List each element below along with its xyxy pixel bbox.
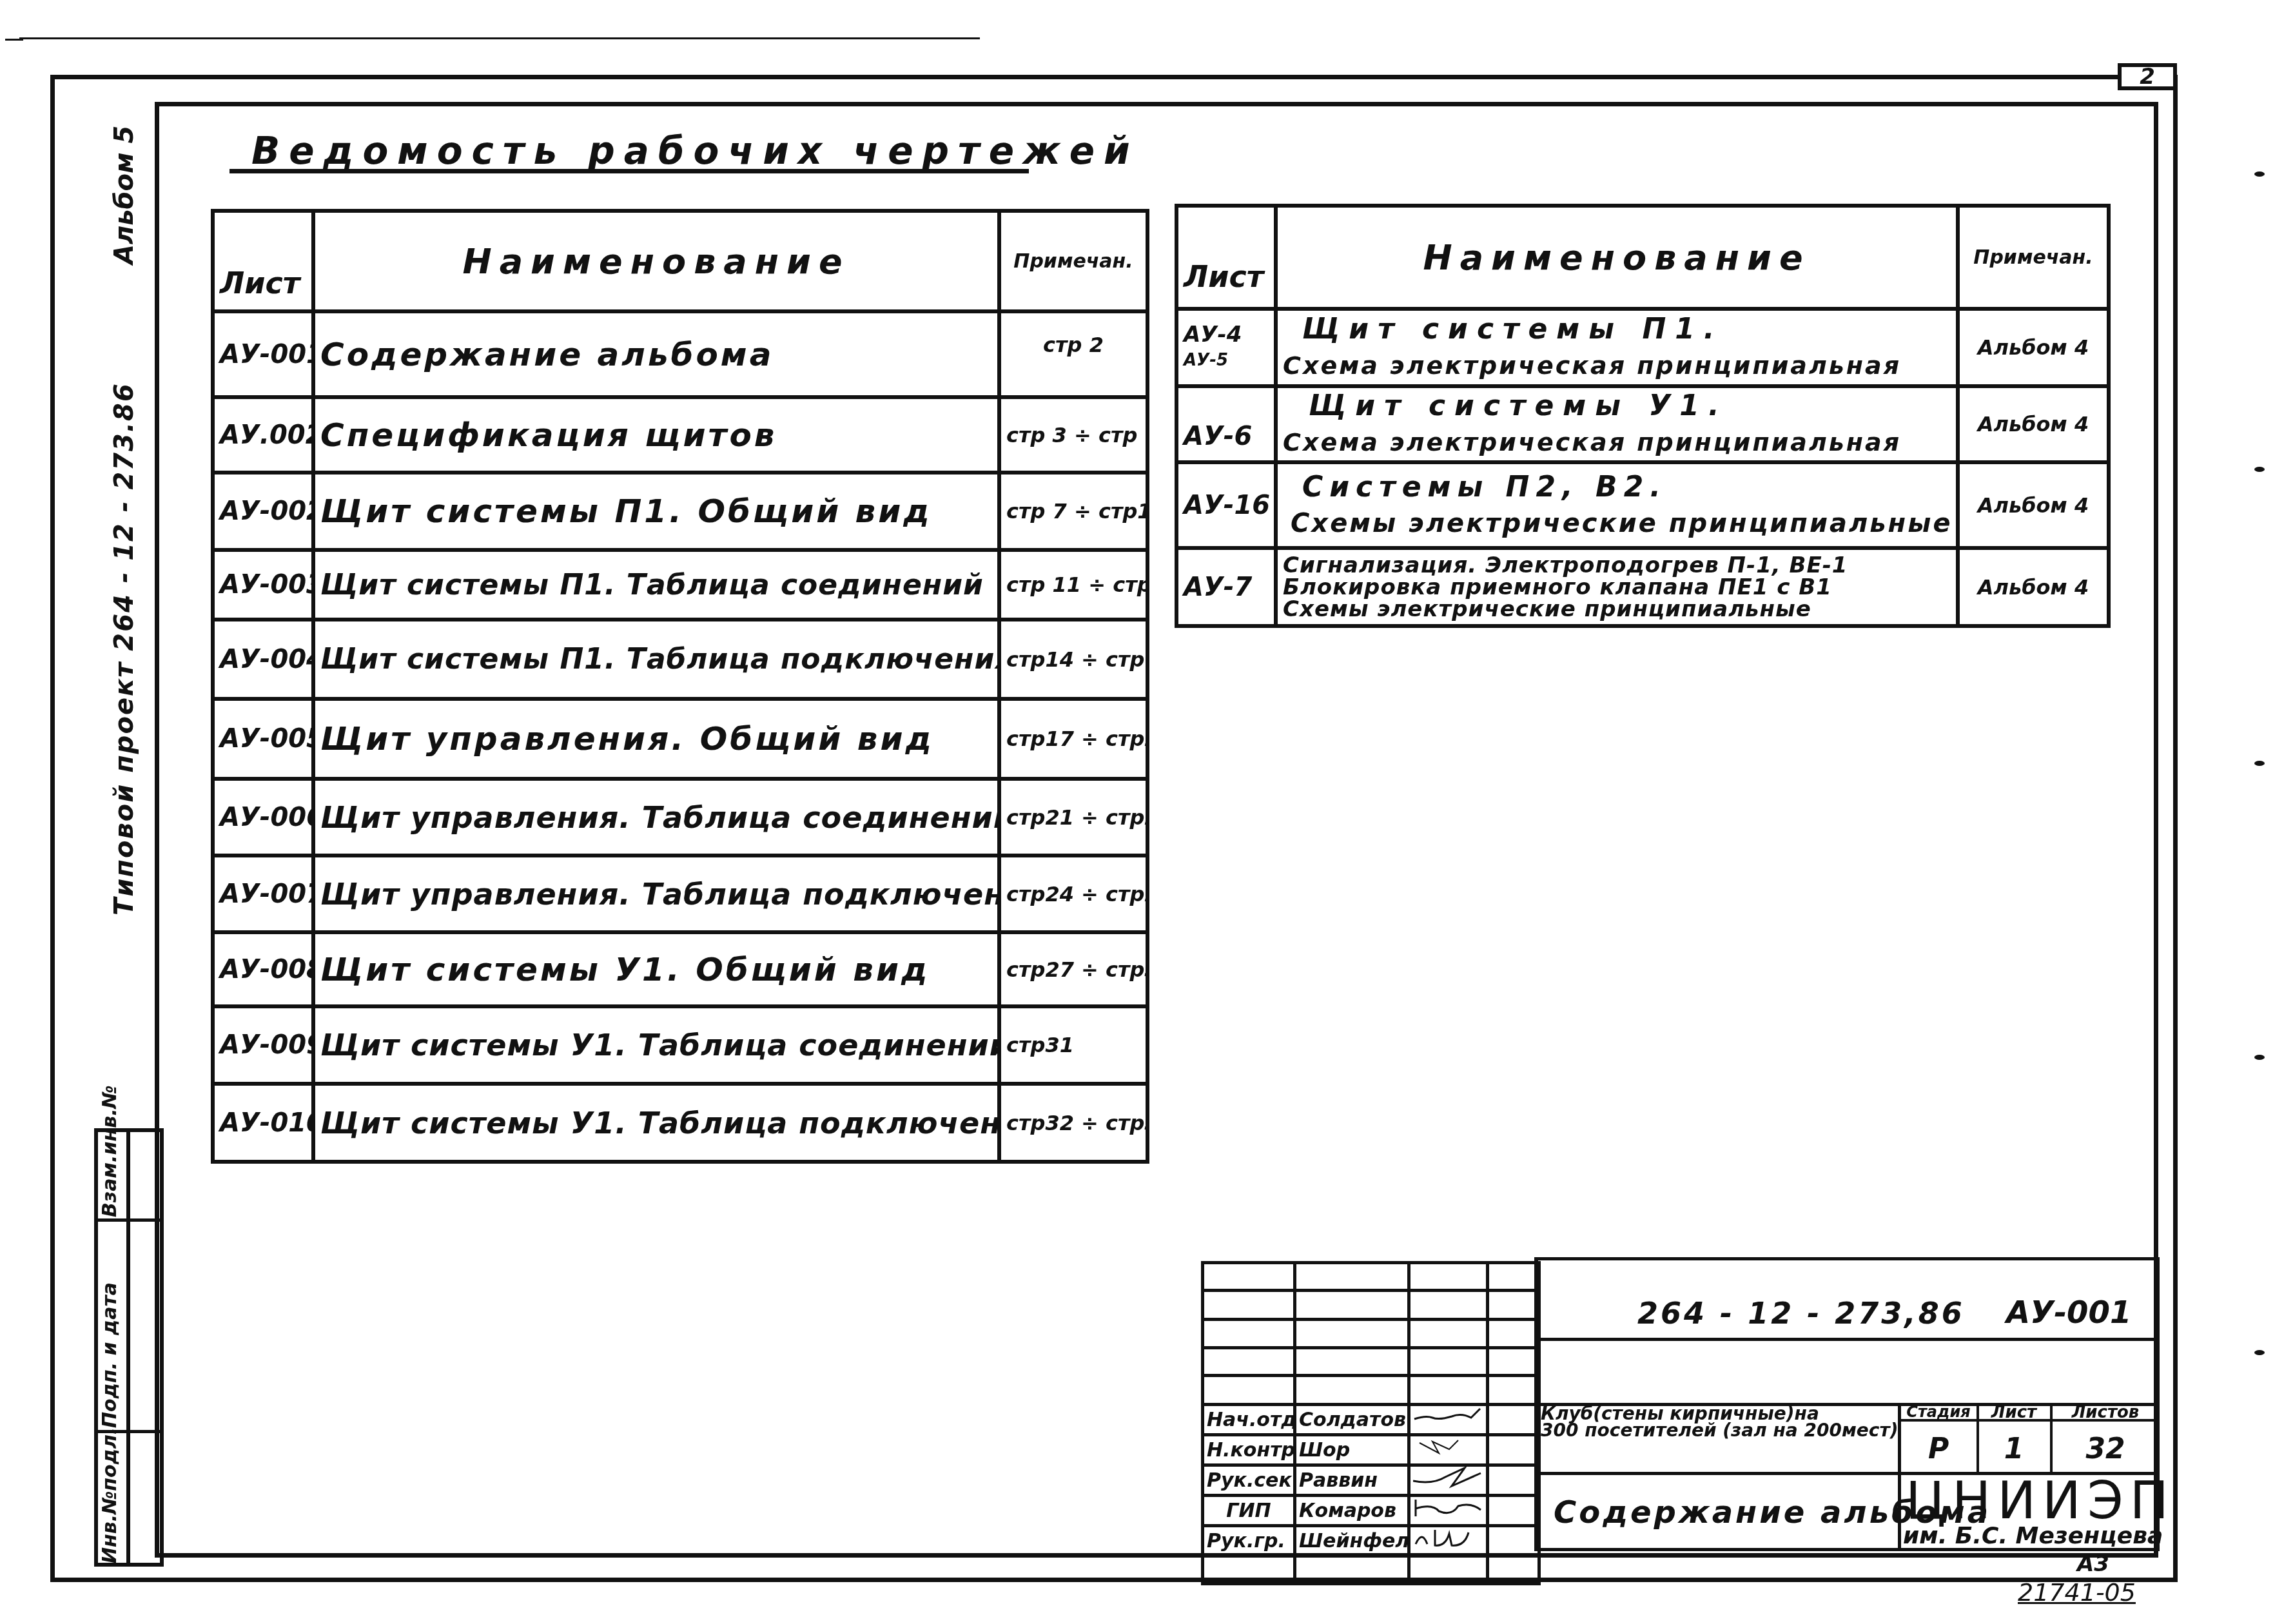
signature-role: Рук.гр. xyxy=(1203,1526,1295,1556)
signature-name: Комаров xyxy=(1295,1496,1409,1526)
punch-dot xyxy=(2254,761,2265,766)
signature-name: Шор xyxy=(1295,1435,1409,1465)
stamp-inv-no: Инв.№подл. xyxy=(99,1427,121,1563)
row-note: Альбом 4 xyxy=(1958,462,2109,548)
row-note: стр14 ÷ стр16 xyxy=(999,620,1147,699)
signature-row: ГИП Комаров xyxy=(1203,1496,1539,1526)
row-sheet: АУ-007 xyxy=(213,856,313,932)
row-note: Альбом 4 xyxy=(1958,309,2109,386)
punch-dot xyxy=(2254,1350,2265,1355)
row-name: Сигнализация. Электроподогрев П-1, ВЕ-1 … xyxy=(1276,548,1958,626)
table-row: АУ-010 Щит системы У1. Таблица подключен… xyxy=(213,1084,1147,1162)
row-note: стр21 ÷ стр23 xyxy=(999,779,1147,856)
inventory-number: 21741-05 xyxy=(2018,1578,2136,1607)
header-name: Наименование xyxy=(313,211,999,311)
punch-dot xyxy=(2254,1055,2265,1060)
row-sheet: АУ-7 xyxy=(1176,548,1276,626)
table-row: АУ-005 Щит управления. Общий вид стр17 ÷… xyxy=(213,699,1147,779)
stamp-row-line xyxy=(94,1218,164,1222)
org-subtitle: им. Б.С. Мезенцева xyxy=(1903,1523,2158,1549)
header-note: Примечан. xyxy=(1958,206,2109,309)
row-name-line1: Сигнализация. Электроподогрев П-1, ВЕ-1 xyxy=(1283,554,1951,576)
row-note: стр24 ÷ стр26 xyxy=(999,856,1147,932)
row-name: Щит системы У1. Таблица соединений xyxy=(313,1006,999,1084)
table-header: Лист Наименование Примечан. xyxy=(1176,206,2109,309)
table-row: АУ-7 Сигнализация. Электроподогрев П-1, … xyxy=(1176,548,2109,626)
row-name: Щит системы П1. Общий вид xyxy=(313,473,999,550)
sheet-label: Лист xyxy=(1980,1403,2047,1422)
table-row: АУ-008 Щит системы У1. Общий вид стр27 ÷… xyxy=(213,932,1147,1006)
row-name: Щит системы П1. Таблица подключения xyxy=(313,620,999,699)
scan-edge-line xyxy=(19,37,980,39)
header-name: Наименование xyxy=(1276,206,1958,309)
row-name: Спецификация щитов xyxy=(313,397,999,473)
row-note: стр17 ÷ стр20 xyxy=(999,699,1147,779)
row-note: стр27 ÷ стр30 xyxy=(999,932,1147,1006)
drawings-table-right: Лист Наименование Примечан. АУ-4 АУ-5 Щи… xyxy=(1175,204,2111,628)
signature-row: Нач.отд Солдатов xyxy=(1203,1405,1539,1435)
object-line2: 300 посетителей (зал на 200мест) xyxy=(1541,1422,1895,1439)
row-sheet: АУ-4 АУ-5 xyxy=(1176,309,1276,386)
signature-row: Н.контр Шор xyxy=(1203,1435,1539,1465)
row-note: стр31 xyxy=(999,1006,1147,1084)
row-note: стр 11 ÷ стр13 xyxy=(999,550,1147,620)
page-title: Ведомость рабочих чертежей xyxy=(251,129,1139,173)
row-name: Системы П2, В2. Схемы электрические прин… xyxy=(1276,462,1958,548)
table-row: АУ-001 Содержание альбома стр 2 xyxy=(213,311,1147,397)
title-underline xyxy=(229,169,1029,173)
row-name: Щит системы У1. Таблица подключения xyxy=(313,1084,999,1162)
row-name-line1: Системы П2, В2. xyxy=(1283,469,1951,505)
row-name-line1: Щит системы У1. xyxy=(1283,388,1951,424)
signature-role: Н.контр xyxy=(1203,1435,1295,1465)
table-row: АУ-004 Щит системы П1. Таблица подключен… xyxy=(213,620,1147,699)
row-sheet: АУ.002 xyxy=(213,397,313,473)
binding-stamp-divider xyxy=(126,1128,130,1567)
table-row: АУ-007 Щит управления. Таблица подключен… xyxy=(213,856,1147,932)
row-name-line2: Блокировка приемного клапана ПЕ1 с В1 xyxy=(1283,576,1951,598)
row-sheet: АУ-005 xyxy=(213,699,313,779)
org-logo: ЦНИИЭП xyxy=(1906,1475,2157,1527)
header-sheet: Лист xyxy=(213,211,313,311)
tb-line xyxy=(2050,1403,2053,1472)
header-sheet: Лист xyxy=(1176,206,1276,309)
table-row: АУ-009 Щит системы У1. Таблица соединени… xyxy=(213,1006,1147,1084)
row-sheet: АУ-009 xyxy=(213,1006,313,1084)
scan-mark xyxy=(5,39,23,41)
tb-line xyxy=(1977,1403,1979,1472)
signature-name: Шейнфельд xyxy=(1295,1526,1409,1556)
stage-label: Стадия xyxy=(1903,1403,1974,1421)
row-sheet: АУ-010 xyxy=(213,1084,313,1162)
signature-role: Нач.отд xyxy=(1203,1405,1295,1435)
signature-mark xyxy=(1409,1526,1488,1556)
stamp-replace-inv: Взам.инв.№ xyxy=(99,1085,121,1217)
table-row: АУ-002 Щит системы П1. Общий вид стр 7 ÷… xyxy=(213,473,1147,550)
row-sheet: АУ-002 xyxy=(213,473,313,550)
row-name: Щит системы У1. Общий вид xyxy=(313,932,999,1006)
table-row: АУ-006 Щит управления. Таблица соединени… xyxy=(213,779,1147,856)
row-name: Щит управления. Общий вид xyxy=(313,699,999,779)
row-note: Альбом 4 xyxy=(1958,548,2109,626)
stamp-sign-date: Подп. и дата xyxy=(99,1282,121,1428)
sheets-label: Листов xyxy=(2054,1403,2157,1422)
album-label: Альбом 5 xyxy=(110,126,139,264)
sheet-format: А3 xyxy=(2077,1551,2109,1577)
table-row: АУ-4 АУ-5 Щит системы П1. Схема электрич… xyxy=(1176,309,2109,386)
row-name-line3: Схемы электрические принципиальные xyxy=(1283,598,1951,620)
row-name: Содержание альбома xyxy=(313,311,999,397)
table-row: АУ-16 Системы П2, В2. Схемы электрически… xyxy=(1176,462,2109,548)
designation: 264 - 12 - 273,86 xyxy=(1637,1296,1965,1331)
sheet-value: 1 xyxy=(1980,1433,2047,1465)
row-name: Щит системы У1. Схема электрическая прин… xyxy=(1276,386,1958,462)
row-sheet: АУ-008 xyxy=(213,932,313,1006)
title-block-signatures: Нач.отд Солдатов Н.контр Шор Рук.сек Рав… xyxy=(1201,1261,1541,1585)
row-name: Щит системы П1. Таблица соединений xyxy=(313,550,999,620)
row-note: стр 2 xyxy=(999,311,1147,397)
signature-role: Рук.сек xyxy=(1203,1465,1295,1496)
row-sheet-code: АУ-4 xyxy=(1184,322,1269,347)
row-name-line2: Схемы электрические принципиальные xyxy=(1283,505,1951,542)
signature-mark xyxy=(1409,1465,1488,1496)
row-name-line2: Схема электрическая принципиальная xyxy=(1283,347,1951,384)
header-note: Примечан. xyxy=(999,211,1147,311)
row-sheet: АУ-001 xyxy=(213,311,313,397)
drawings-table-left: Лист Наименование Примечан. АУ-001 Содер… xyxy=(211,209,1149,1164)
tb-line xyxy=(1534,1338,2160,1341)
sheet-code: АУ-001 xyxy=(2006,1295,2131,1331)
signature-name: Солдатов xyxy=(1295,1405,1409,1435)
punch-dot xyxy=(2254,171,2265,177)
stage-value: Р xyxy=(1903,1433,1974,1465)
row-note: Альбом 4 xyxy=(1958,386,2109,462)
row-name-line1: Щит системы П1. xyxy=(1283,311,1951,347)
signature-row: Рук.сек Раввин xyxy=(1203,1465,1539,1496)
row-name: Щит управления. Таблица соединений xyxy=(313,779,999,856)
object-name: Клуб(стены кирпичные)на 300 посетителей … xyxy=(1541,1405,1895,1439)
table-row: АУ-003 Щит системы П1. Таблица соединени… xyxy=(213,550,1147,620)
row-name-line2: Схема электрическая принципиальная xyxy=(1283,424,1951,460)
row-sheet: АУ-006 xyxy=(213,779,313,856)
punch-dot xyxy=(2254,467,2265,472)
table-header: Лист Наименование Примечан. xyxy=(213,211,1147,311)
row-sheet: АУ-6 xyxy=(1176,386,1276,462)
row-note: стр 7 ÷ стр10 xyxy=(999,473,1147,550)
row-name: Щит системы П1. Схема электрическая прин… xyxy=(1276,309,1958,386)
row-note: стр 3 ÷ стр 6 xyxy=(999,397,1147,473)
row-sheet-code-2: АУ-5 xyxy=(1184,347,1269,373)
row-note: стр32 ÷ стр33 xyxy=(999,1084,1147,1162)
signature-mark xyxy=(1409,1405,1488,1435)
table-row: АУ.002 Спецификация щитов стр 3 ÷ стр 6 xyxy=(213,397,1147,473)
row-sheet: АУ-003 xyxy=(213,550,313,620)
signature-name: Раввин xyxy=(1295,1465,1409,1496)
signature-mark xyxy=(1409,1435,1488,1465)
row-sheet: АУ-004 xyxy=(213,620,313,699)
row-sheet: АУ-16 xyxy=(1176,462,1276,548)
signature-mark xyxy=(1409,1496,1488,1526)
signature-role: ГИП xyxy=(1203,1496,1295,1526)
sheets-value: 32 xyxy=(2054,1433,2157,1465)
table-row: АУ-6 Щит системы У1. Схема электрическая… xyxy=(1176,386,2109,462)
row-name: Щит управления. Таблица подключения xyxy=(313,856,999,932)
page-number: 2 xyxy=(2118,63,2177,90)
signature-row: Рук.гр. Шейнфельд xyxy=(1203,1526,1539,1556)
project-label: Типовой проект 264 - 12 - 273.86 xyxy=(110,382,139,915)
